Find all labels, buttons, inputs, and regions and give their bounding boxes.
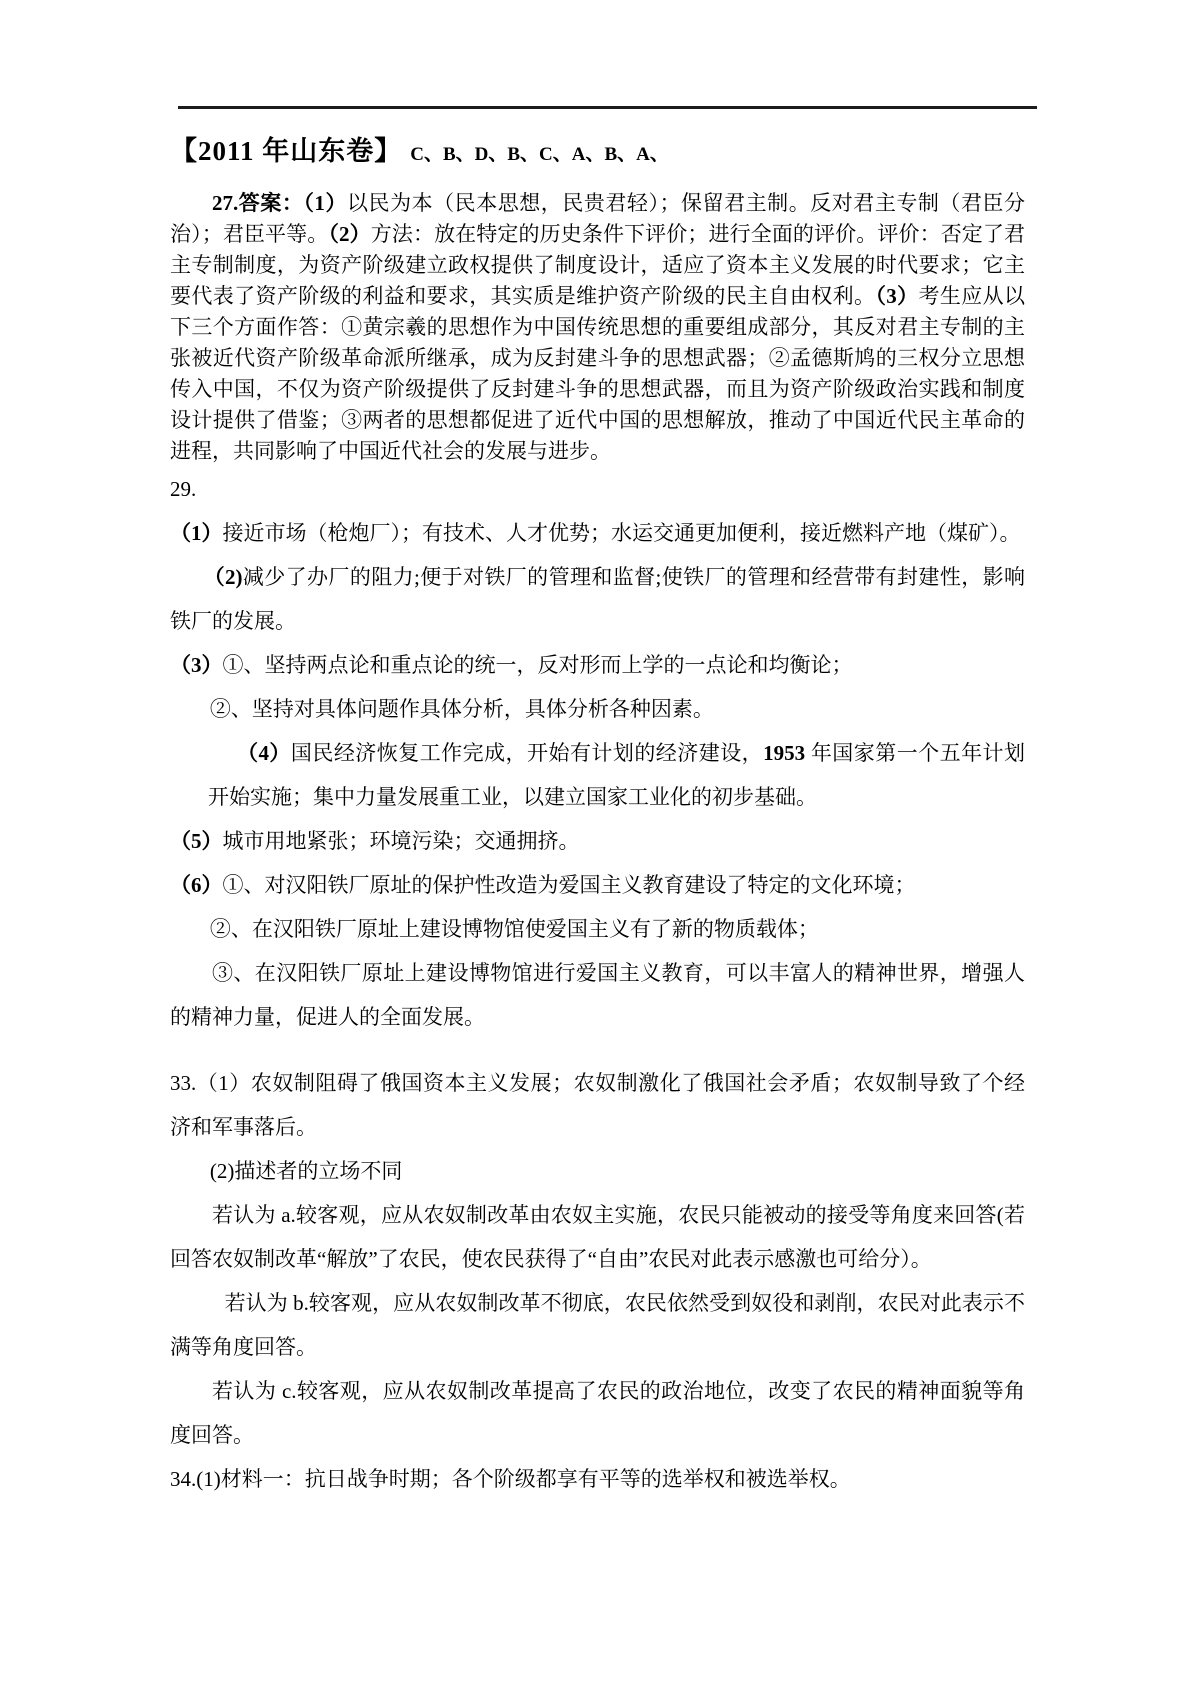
text-run: 27.答案： bbox=[212, 191, 303, 215]
q29-item-6-point-3: ③、在汉阳铁厂原址上建设博物馆进行爱国主义教育，可以丰富人的精神世界，增强人的精… bbox=[170, 951, 1025, 1039]
q33-item-2: (2)描述者的立场不同 bbox=[210, 1149, 1025, 1193]
text-run: （2) bbox=[204, 565, 243, 589]
q29-item-5: （5）城市用地紧张；环境污染；交通拥挤。 bbox=[170, 819, 1025, 863]
text-run: （5） bbox=[170, 829, 223, 853]
text-run: 29. bbox=[170, 477, 196, 501]
header-rule bbox=[178, 106, 1037, 109]
text-run: ②、在汉阳铁厂原址上建设博物馆使爱国主义有了新的物质载体； bbox=[210, 917, 819, 941]
text-run: （2） bbox=[328, 222, 370, 246]
text-run: ①、对汉阳铁厂原址的保护性改造为爱国主义教育建设了特定的文化环境； bbox=[223, 873, 916, 897]
text-run: 若认为 c.较客观，应从农奴制改革提高了农民的政治地位，改变了农民的精神面貌等角… bbox=[170, 1379, 1025, 1447]
q29-item-1: （1）接近市场（枪炮厂）；有技术、人才优势；水运交通更加便利，接近燃料产地（煤矿… bbox=[170, 511, 1025, 555]
text-run: ③、在汉阳铁厂原址上建设博物馆进行爱国主义教育，可以丰富人的精神世界，增强人的精… bbox=[170, 961, 1025, 1029]
q29-item-3-point-2: ②、坚持对具体问题作具体分析，具体分析各种因素。 bbox=[210, 687, 1025, 731]
document-body: 27.答案：（1）以民为本（民本思想，民贵君轻）；保留君主制。反对君主专制（君臣… bbox=[170, 188, 1025, 1501]
q33-answer-c: 若认为 c.较客观，应从农奴制改革提高了农民的政治地位，改变了农民的精神面貌等角… bbox=[170, 1369, 1025, 1457]
text-run: ①、坚持两点论和重点论的统一，反对形而上学的一点论和均衡论； bbox=[223, 653, 853, 677]
q33-answer-b: 若认为 b.较客观，应从农奴制改革不彻底，农民依然受到奴役和剥削，农民对此表示不… bbox=[170, 1281, 1025, 1369]
text-run: （6） bbox=[170, 873, 223, 897]
text-run: 减少了办厂的阻力;便于对铁厂的管理和监督;使铁厂的管理和经营带有封建性，影响铁厂… bbox=[170, 565, 1025, 633]
answer-27: 27.答案：（1）以民为本（民本思想，民贵君轻）；保留君主制。反对君主专制（君臣… bbox=[170, 188, 1025, 467]
text-run: 33.（1）农奴制阻碍了俄国资本主义发展；农奴制激化了俄国社会矛盾；农奴制导致了… bbox=[170, 1071, 1025, 1139]
q34-item-1: 34.(1)材料一：抗日战争时期；各个阶级都享有平等的选举权和被选举权。 bbox=[170, 1457, 1025, 1501]
text-run: （3） bbox=[875, 284, 918, 308]
q29-item-3-point-1: （3）①、坚持两点论和重点论的统一，反对形而上学的一点论和均衡论； bbox=[170, 643, 1025, 687]
text-run: 若认为 a.较客观，应从农奴制改革由农奴主实施，农民只能被动的接受等角度来回答(… bbox=[170, 1203, 1025, 1271]
document-page: 【2011 年山东卷】C、B、D、B、C、A、B、A、 27.答案：（1）以民为… bbox=[0, 0, 1200, 1698]
text-run: 34.(1)材料一：抗日战争时期；各个阶级都享有平等的选举权和被选举权。 bbox=[170, 1467, 851, 1491]
text-run: (2)描述者的立场不同 bbox=[210, 1159, 403, 1183]
text-run: （4） bbox=[237, 741, 291, 765]
text-run: 接近市场（枪炮厂）；有技术、人才优势；水运交通更加便利，接近燃料产地（煤矿）。 bbox=[223, 521, 1021, 545]
q29-item-4: （4）国民经济恢复工作完成，开始有计划的经济建设，1953 年国家第一个五年计划… bbox=[208, 731, 1025, 819]
text-run: 若认为 b.较客观，应从农奴制改革不彻底，农民依然受到奴役和剥削，农民对此表示不… bbox=[170, 1291, 1025, 1359]
q33-item-1: 33.（1）农奴制阻碍了俄国资本主义发展；农奴制激化了俄国社会矛盾；农奴制导致了… bbox=[170, 1061, 1025, 1149]
text-run: 城市用地紧张；环境污染；交通拥挤。 bbox=[223, 829, 580, 853]
text-run: 考生应从以下三个方面作答：①黄宗羲的思想作为中国传统思想的重要组成部分，其反对君… bbox=[170, 284, 1025, 463]
exam-title: 【2011 年山东卷】 bbox=[170, 136, 402, 166]
q33-answer-a: 若认为 a.较客观，应从农奴制改革由农奴主实施，农民只能被动的接受等角度来回答(… bbox=[170, 1193, 1025, 1281]
text-run: （1） bbox=[303, 191, 347, 215]
q29-item-2: （2)减少了办厂的阻力;便于对铁厂的管理和监督;使铁厂的管理和经营带有封建性，影… bbox=[170, 555, 1025, 643]
q29-item-6-point-2: ②、在汉阳铁厂原址上建设博物馆使爱国主义有了新的物质载体； bbox=[210, 907, 1025, 951]
choice-answers: C、B、D、B、C、A、B、A、 bbox=[410, 144, 669, 165]
text-run: （1） bbox=[170, 521, 223, 545]
q29-item-6-point-1: （6）①、对汉阳铁厂原址的保护性改造为爱国主义教育建设了特定的文化环境； bbox=[170, 863, 1025, 907]
text-run: ②、坚持对具体问题作具体分析，具体分析各种因素。 bbox=[210, 697, 714, 721]
question-29-label: 29. bbox=[170, 467, 1025, 511]
text-run: 国民经济恢复工作完成，开始有计划的经济建设， bbox=[291, 741, 763, 765]
document-heading: 【2011 年山东卷】C、B、D、B、C、A、B、A、 bbox=[170, 133, 1025, 174]
text-run: 1953 bbox=[763, 741, 805, 765]
text-run: （3） bbox=[170, 653, 223, 677]
